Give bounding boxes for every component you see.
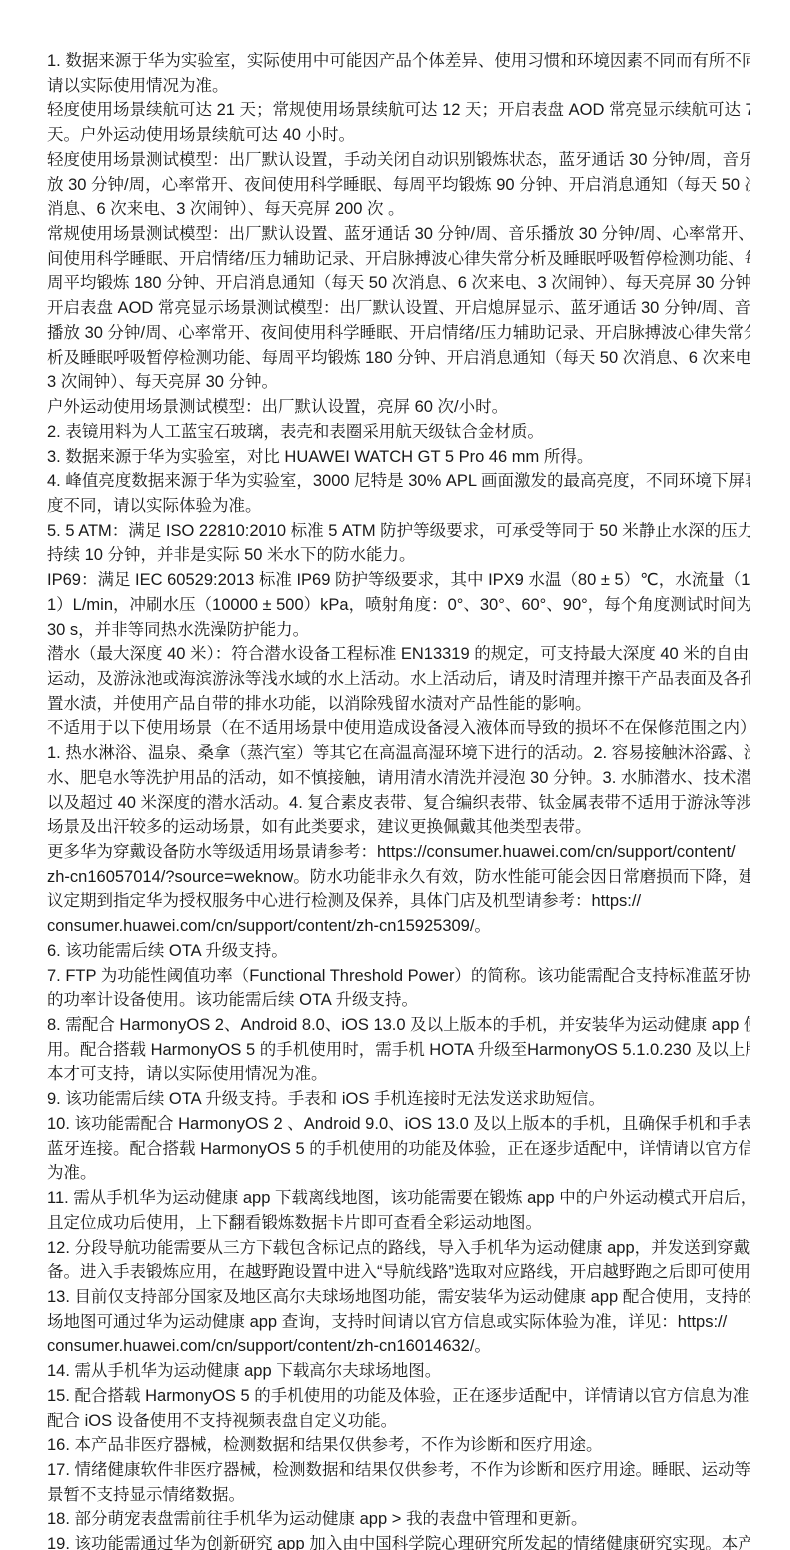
text-line: 的功率计设备使用。该功能需后续 OTA 升级支持。 (47, 988, 750, 1013)
text-line: consumer.huawei.com/cn/support/content/z… (47, 914, 750, 939)
text-line: 备。进入手表锻炼应用，在越野跑设置中进入“导航线路”选取对应路线，开启越野跑之后… (47, 1260, 750, 1285)
text-line: 消息、6 次来电、3 次闹钟）、每天亮屏 200 次 。 (47, 197, 750, 222)
text-line: 3 次闹钟）、每天亮屏 30 分钟。 (47, 370, 750, 395)
text-line: 配合 iOS 设备使用不支持视频表盘自定义功能。 (47, 1409, 750, 1434)
disclaimer-page: 1. 数据来源于华为实验室，实际使用中可能因产品个体差异、使用习惯和环境因素不同… (0, 0, 790, 1550)
text-line: 蓝牙连接。配合搭载 HarmonyOS 5 的手机使用的功能及体验，正在逐步适配… (47, 1137, 750, 1162)
text-line: 3. 数据来源于华为实验室，对比 HUAWEI WATCH GT 5 Pro 4… (47, 445, 750, 470)
text-line: 12. 分段导航功能需要从三方下载包含标记点的路线，导入手机华为运动健康 app… (47, 1236, 750, 1261)
text-line: 17. 情绪健康软件非医疗器械，检测数据和结果仅供参考，不作为诊断和医疗用途。睡… (47, 1458, 750, 1483)
text-line: 轻度使用场景续航可达 21 天；常规使用场景续航可达 12 天；开启表盘 AOD… (47, 98, 750, 123)
text-line: 潜水（最大深度 40 米）：符合潜水设备工程标准 EN13319 的规定，可支持… (47, 642, 750, 667)
text-line: 本才可支持，请以实际使用情况为准。 (47, 1062, 750, 1087)
text-line: 请以实际使用情况为准。 (47, 74, 750, 99)
text-line: 开启表盘 AOD 常亮显示场景测试模型：出厂默认设置、开启熄屏显示、蓝牙通话 3… (47, 296, 750, 321)
text-line: 放 30 分钟/周，心率常开、夜间使用科学睡眠、每周平均锻炼 90 分钟、开启消… (47, 173, 750, 198)
text-line: 30 s，并非等同热水洗澡防护能力。 (47, 618, 750, 643)
text-line: 16. 本产品非医疗器械，检测数据和结果仅供参考，不作为诊断和医疗用途。 (47, 1433, 750, 1458)
text-line: 轻度使用场景测试模型：出厂默认设置，手动关闭自动识别锻炼状态，蓝牙通话 30 分… (47, 148, 750, 173)
text-line: 常规使用场景测试模型：出厂默认设置、蓝牙通话 30 分钟/周、音乐播放 30 分… (47, 222, 750, 247)
text-line: 用。配合搭载 HarmonyOS 5 的手机使用时，需手机 HOTA 升级至Ha… (47, 1038, 750, 1063)
text-line: consumer.huawei.com/cn/support/content/z… (47, 1334, 750, 1359)
text-line: 7. FTP 为功能性阈值功率（Functional Threshold Pow… (47, 964, 750, 989)
text-line: 场地图可通过华为运动健康 app 查询，支持时间请以官方信息或实际体验为准，详见… (47, 1310, 750, 1335)
text-line: 置水渍，并使用产品自带的排水功能，以消除残留水渍对产品性能的影响。 (47, 692, 750, 717)
text-line: 运动，及游泳池或海滨游泳等浅水域的水上活动。水上活动后，请及时清理并擦干产品表面… (47, 667, 750, 692)
text-line: 10. 该功能需配合 HarmonyOS 2 、Android 9.0、iOS … (47, 1112, 750, 1137)
text-line: 9. 该功能需后续 OTA 升级支持。手表和 iOS 手机连接时无法发送求助短信… (47, 1087, 750, 1112)
text-line: 且定位成功后使用，上下翻看锻炼数据卡片即可查看全彩运动地图。 (47, 1211, 750, 1236)
text-line: 1. 数据来源于华为实验室，实际使用中可能因产品个体差异、使用习惯和环境因素不同… (47, 49, 750, 74)
text-line: 2. 表镜用料为人工蓝宝石玻璃，表壳和表圈采用航天级钛合金材质。 (47, 420, 750, 445)
text-line: 1. 热水淋浴、温泉、桑拿（蒸汽室）等其它在高温高湿环境下进行的活动。2. 容易… (47, 741, 750, 766)
text-line: 户外运动使用场景测试模型：出厂默认设置，亮屏 60 次/小时。 (47, 395, 750, 420)
text-line: 间使用科学睡眠、开启情绪/压力辅助记录、开启脉搏波心律失常分析及睡眠呼吸暂停检测… (47, 247, 750, 272)
text-line: 8. 需配合 HarmonyOS 2、Android 8.0、iOS 13.0 … (47, 1013, 750, 1038)
text-line: 1）L/min，冲刷水压（10000 ± 500）kPa，喷射角度：0°、30°… (47, 593, 750, 618)
text-line: zh-cn16057014/?source=weknow。防水功能非永久有效，防… (47, 865, 750, 890)
text-line: 播放 30 分钟/周、心率常开、夜间使用科学睡眠、开启情绪/压力辅助记录、开启脉… (47, 321, 750, 346)
text-line: 19. 该功能需通过华为创新研究 app 加入由中国科学院心理研究所发起的情绪健… (47, 1532, 750, 1550)
text-line: 18. 部分萌宠表盘需前往手机华为运动健康 app > 我的表盘中管理和更新。 (47, 1507, 750, 1532)
text-line: 水、肥皂水等洗护用品的活动，如不慎接触，请用清水清洗并浸泡 30 分钟。3. 水… (47, 766, 750, 791)
text-line: 14. 需从手机华为运动健康 app 下载高尔夫球场地图。 (47, 1359, 750, 1384)
text-line: 11. 需从手机华为运动健康 app 下载离线地图，该功能需要在锻炼 app 中… (47, 1186, 750, 1211)
text-line: 景暂不支持显示情绪数据。 (47, 1483, 750, 1508)
text-line: 不适用于以下使用场景（在不适用场景中使用造成设备浸入液体而导致的损坏不在保修范围… (47, 716, 750, 741)
text-line: 度不同，请以实际体验为准。 (47, 494, 750, 519)
text-line: 周平均锻炼 180 分钟、开启消息通知（每天 50 次消息、6 次来电、3 次闹… (47, 271, 750, 296)
text-line: 议定期到指定华为授权服务中心进行检测及保养，具体门店及机型请参考：https:/… (47, 889, 750, 914)
text-line: 析及睡眠呼吸暂停检测功能、每周平均锻炼 180 分钟、开启消息通知（每天 50 … (47, 346, 750, 371)
text-line: 13. 目前仅支持部分国家及地区高尔夫球场地图功能，需安装华为运动健康 app … (47, 1285, 750, 1310)
text-line: 以及超过 40 米深度的潜水活动。4. 复合素皮表带、复合编织表带、钛金属表带不… (47, 791, 750, 816)
text-line: IP69：满足 IEC 60529:2013 标准 IP69 防护等级要求，其中… (47, 568, 750, 593)
text-line: 6. 该功能需后续 OTA 升级支持。 (47, 939, 750, 964)
text-line: 场景及出汗较多的运动场景，如有此类要求，建议更换佩戴其他类型表带。 (47, 815, 750, 840)
disclaimer-text-block: 1. 数据来源于华为实验室，实际使用中可能因产品个体差异、使用习惯和环境因素不同… (47, 49, 750, 1550)
text-line: 5. 5 ATM：满足 ISO 22810:2010 标准 5 ATM 防护等级… (47, 519, 750, 544)
text-line: 为准。 (47, 1161, 750, 1186)
text-line: 天。户外运动使用场景续航可达 40 小时。 (47, 123, 750, 148)
text-line: 更多华为穿戴设备防水等级适用场景请参考：https://consumer.hua… (47, 840, 750, 865)
text-line: 15. 配合搭载 HarmonyOS 5 的手机使用的功能及体验，正在逐步适配中… (47, 1384, 750, 1409)
text-line: 4. 峰值亮度数据来源于华为实验室，3000 尼特是 30% APL 画面激发的… (47, 469, 750, 494)
text-line: 持续 10 分钟，并非是实际 50 米水下的防水能力。 (47, 543, 750, 568)
